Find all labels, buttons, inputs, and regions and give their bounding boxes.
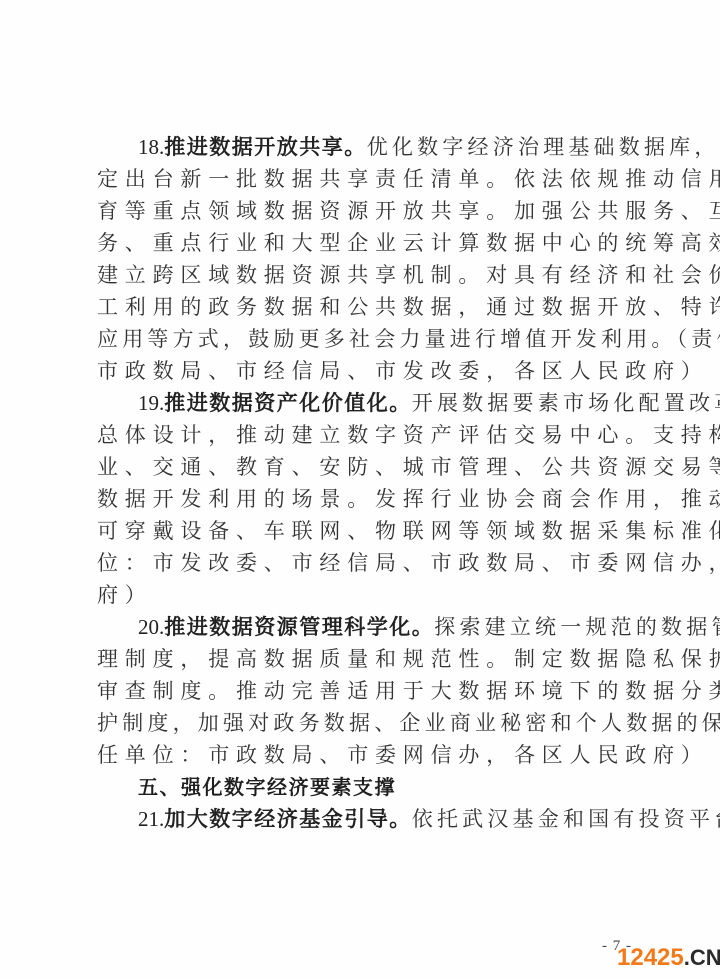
paragraph-21-line-1: 21.加大数字经济基金引导。依托武汉基金和国有投资平台， (97, 803, 649, 835)
watermark-logo: 12425.CN (617, 944, 720, 972)
item-18-heading: 18.推进数据开放共享。 (138, 134, 367, 159)
paragraph-20-line-2: 理制度，提高数据质量和规范性。制定数据隐私保护制度和安全 (97, 643, 649, 675)
item-21-heading: 21.加大数字经济基金引导。 (138, 806, 412, 831)
paragraph-19-line-5: 可穿戴设备、车联网、物联网等领域数据采集标准化。（责任单 (97, 515, 649, 547)
paragraph-20-line-5: 任单位：市政数局、市委网信办，各区人民政府） (97, 739, 649, 771)
item-21-text: 依托武汉基金和国有投资平台， (412, 807, 720, 831)
paragraph-18-line-4: 务、重点行业和大型企业云计算数据中心的统筹高效利用，率先 (97, 227, 649, 259)
paragraph-18-line-6: 工利用的政务数据和公共数据，通过数据开放、特许开发、授权 (97, 291, 649, 323)
item-20-text: 探索建立统一规范的数据管 (434, 615, 720, 639)
item-20-number: 20. (138, 615, 164, 639)
paragraph-20-line-3: 审查制度。推动完善适用于大数据环境下的数据分类分级安全保 (97, 675, 649, 707)
paragraph-18-line-2: 定出台新一批数据共享责任清单。依法依规推动信用、医疗、教 (97, 163, 649, 195)
item-21-title: 加大数字经济基金引导。 (164, 806, 412, 831)
paragraph-19-line-3: 业、交通、教育、安防、城市管理、公共资源交易等领域规范化 (97, 451, 649, 483)
item-18-text: 优化数字经济治理基础数据库，制 (367, 135, 720, 159)
paragraph-20-line-4: 护制度，加强对政务数据、企业商业秘密和个人数据的保护。（责 (97, 707, 649, 739)
paragraph-18-line-7: 应用等方式，鼓励更多社会力量进行增值开发利用。（责任单位： (97, 323, 649, 355)
paragraph-18-line-3: 育等重点领域数据资源开放共享。加强公共服务、互联网应用服 (97, 195, 649, 227)
paragraph-19-line-2: 总体设计，推动建立数字资产评估交易中心。支持构建农业、工 (97, 419, 649, 451)
item-19-title: 推进数据资产化价值化。 (164, 390, 412, 415)
paragraph-19-line-4: 数据开发利用的场景。发挥行业协会商会作用，推动人工智能、 (97, 483, 649, 515)
paragraph-19-line-1: 19.推进数据资产化价值化。开展数据要素市场化配置改革 (97, 387, 649, 419)
paragraph-18-line-8: 市政数局、市经信局、市发改委，各区人民政府） (97, 355, 649, 387)
item-21-number: 21. (138, 807, 164, 831)
item-18-number: 18. (138, 135, 164, 159)
item-20-title: 推进数据资源管理科学化。 (164, 614, 434, 639)
paragraph-18-line-5: 建立跨区域数据资源共享机制。对具有经济和社会价值、允许加 (97, 259, 649, 291)
item-19-heading: 19.推进数据资产化价值化。 (138, 390, 412, 415)
item-18-title: 推进数据开放共享。 (164, 134, 367, 159)
item-19-text: 开展数据要素市场化配置改革 (412, 391, 720, 415)
paragraph-20-line-1: 20.推进数据资源管理科学化。探索建立统一规范的数据管 (97, 611, 649, 643)
paragraph-19-line-6: 位：市发改委、市经信局、市政数局、市委网信办，各区人民政 (97, 547, 649, 579)
document-page: 18.推进数据开放共享。优化数字经济治理基础数据库，制 定出台新一批数据共享责任… (0, 0, 720, 978)
item-20-heading: 20.推进数据资源管理科学化。 (138, 614, 434, 639)
paragraph-19-line-7: 府） (97, 579, 649, 611)
item-19-number: 19. (138, 391, 164, 415)
paragraph-18-line-1: 18.推进数据开放共享。优化数字经济治理基础数据库，制 (97, 131, 649, 163)
document-body: 18.推进数据开放共享。优化数字经济治理基础数据库，制 定出台新一批数据共享责任… (97, 131, 649, 835)
section-heading: 五、强化数字经济要素支撑 (97, 771, 649, 803)
watermark-tld: .CN (684, 945, 720, 970)
watermark-digits: 12425 (617, 944, 684, 971)
